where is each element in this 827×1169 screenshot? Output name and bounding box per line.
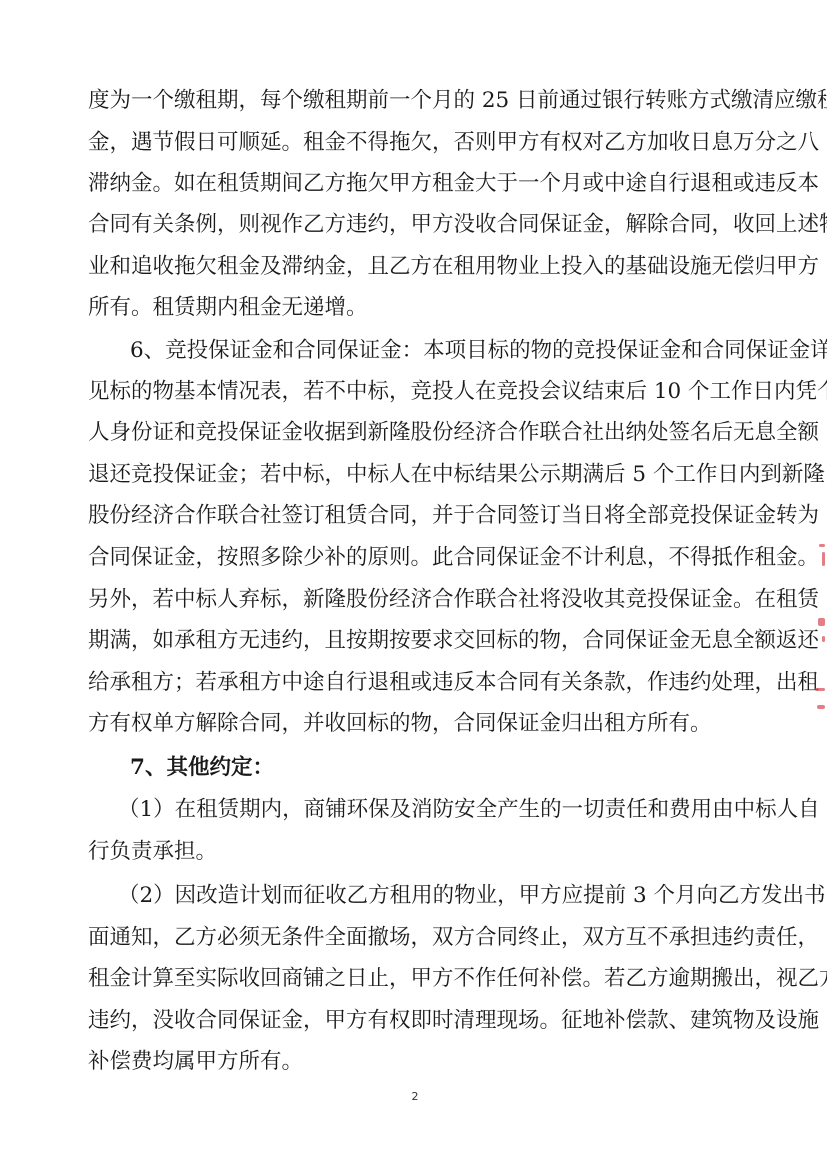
text-line: （1）在租赁期内，商铺环保及消防安全产生的一切责任和费用由中标人自 [118,795,754,825]
document-page: 度为一个缴租期，每个缴租期前一个月的 25 日前通过银行转账方式缴清应缴租 金，… [0,0,827,1169]
text-line: 面通知，乙方必须无条件全面撤场，双方合同终止，双方互不承担违约责任， [88,923,754,953]
text-line: 金，遇节假日可顺延。租金不得拖欠，否则甲方有权对乙方加收日息万分之八 [88,128,754,158]
text-line: 方有权单方解除合同，并收回标的物，合同保证金归出租方所有。 [88,709,754,739]
text-line: 度为一个缴租期，每个缴租期前一个月的 25 日前通过银行转账方式缴清应缴租 [88,86,754,116]
text-line: 见标的物基本情况表，若不中标，竞投人在竞投会议结束后 10 个工作日内凭个 [88,377,754,407]
text-line: 补偿费均属甲方所有。 [88,1047,754,1077]
section-7-heading: 7、其他约定： [130,753,754,783]
text-line: 退还竞投保证金；若中标，中标人在中标结果公示期满后 5 个工作日内到新隆 [88,460,754,490]
text-line: 合同保证金，按照多除少补的原则。此合同保证金不计利息，不得抵作租金。 [88,543,754,573]
text-line: 租金计算至实际收回商铺之日止，甲方不作任何补偿。若乙方逾期搬出，视乙方 [88,964,754,994]
text-line: 滞纳金。如在租赁期间乙方拖欠甲方租金大于一个月或中途自行退租或违反本 [88,169,754,199]
text-line: 另外，若中标人弃标，新隆股份经济合作联合社将没收其竞投保证金。在租赁 [88,585,754,615]
text-line: 期满，如承租方无违约，且按期按要求交回标的物，合同保证金无息全额返还 [88,626,754,656]
text-line: 合同有关条例，则视作乙方违约，甲方没收合同保证金，解除合同，收回上述物 [88,210,754,240]
text-line: 给承租方；若承租方中途自行退租或违反本合同有关条款，作违约处理，出租 [88,668,754,698]
seal-stamp-fragment [813,540,827,740]
text-line: 业和追收拖欠租金及滞纳金，且乙方在租用物业上投入的基础设施无偿归甲方 [88,252,754,282]
text-line: （2）因改造计划而征收乙方租用的物业，甲方应提前 3 个月向乙方发出书 [118,881,754,911]
text-line: 违约，没收合同保证金，甲方有权即时清理现场。征地补偿款、建筑物及设施 [88,1006,754,1036]
text-line: 股份经济合作联合社签订租赁合同，并于合同签订当日将全部竞投保证金转为 [88,501,754,531]
text-line: 所有。租赁期内租金无递增。 [88,293,754,323]
page-number: 2 [408,1090,422,1103]
text-line: 行负责承担。 [88,837,754,867]
section-6-first-line: 6、竞投保证金和合同保证金：本项目标的物的竞投保证金和合同保证金详 [130,336,754,366]
text-line: 人身份证和竞投保证金收据到新隆股份经济合作联合社出纳处签名后无息全额 [88,418,754,448]
